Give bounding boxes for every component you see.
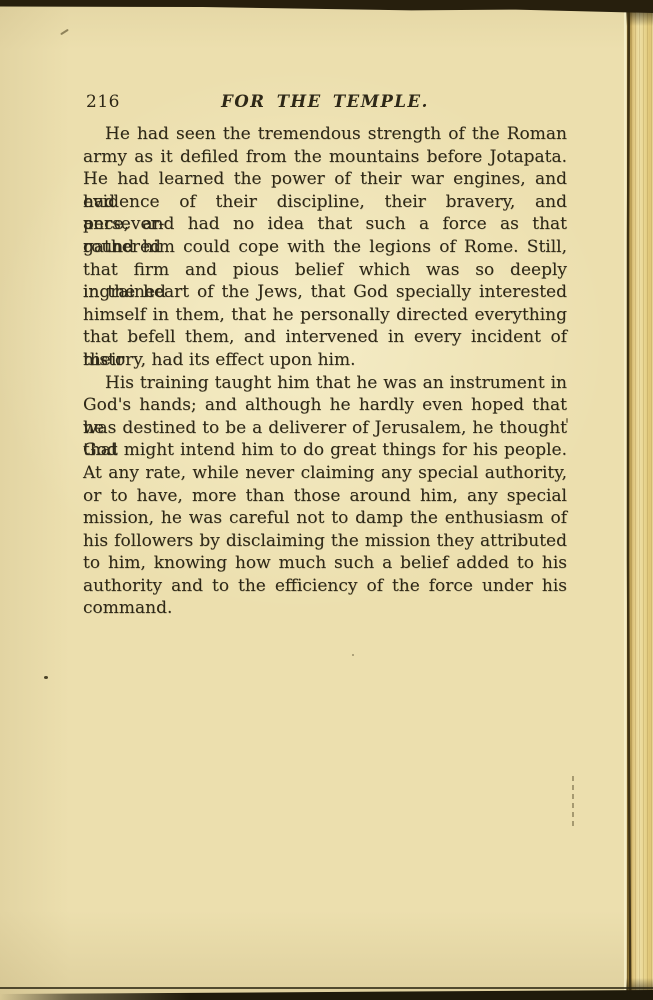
text-line: that firm and pious belief which was so … <box>83 259 567 282</box>
text-line: authority and to the efficiency of the f… <box>83 575 567 598</box>
text-block: He had seen the tremendous strength of t… <box>83 123 567 620</box>
text-line: that befell them, and intervened in ever… <box>83 326 567 349</box>
text-line: himself in them, that he personally dire… <box>83 304 567 327</box>
text-line: command. <box>83 597 567 620</box>
text-line: to him, knowing how much such a belief a… <box>83 552 567 575</box>
page-number: 216 <box>86 92 120 112</box>
text-line: history, had its effect upon him. <box>83 349 567 372</box>
scan-border-bottom-line <box>0 987 653 989</box>
text-line: God might intend him to do great things … <box>83 439 567 462</box>
paragraph: His training taught him that he was an i… <box>83 372 567 621</box>
text-line: round him could cope with the legions of… <box>83 236 567 259</box>
text-line: mission, he was careful not to damp the … <box>83 507 567 530</box>
page-content: 216 FOR THE TEMPLE. He had seen the trem… <box>83 92 567 620</box>
text-line: His training taught him that he was an i… <box>83 372 567 395</box>
paragraph: He had seen the tremendous strength of t… <box>83 123 567 372</box>
text-line: He had seen the tremendous strength of t… <box>83 123 567 146</box>
text-line: He had learned the power of their war en… <box>83 168 567 191</box>
running-title: FOR THE TEMPLE. <box>83 92 567 112</box>
text-line: At any rate, while never claiming any sp… <box>83 462 567 485</box>
pencil-mark <box>572 776 574 828</box>
ink-speck <box>44 676 48 679</box>
text-line: evidence of their discipline, their brav… <box>83 191 567 214</box>
text-line: or to have, more than those around him, … <box>83 485 567 508</box>
text-line: in the heart of the Jews, that God speci… <box>83 281 567 304</box>
ink-speck <box>352 654 354 656</box>
text-line: was destined to be a deliverer of Jerusa… <box>83 417 567 440</box>
text-line: God's hands; and although he hardly even… <box>83 394 567 417</box>
book-page-scan: 216 FOR THE TEMPLE. He had seen the trem… <box>0 0 653 1000</box>
text-line: army as it defiled from the mountains be… <box>83 146 567 169</box>
text-line: his followers by disclaiming the mission… <box>83 530 567 553</box>
text-line: ance, and had no idea that such a force … <box>83 213 567 236</box>
page-header: 216 FOR THE TEMPLE. <box>83 92 567 112</box>
